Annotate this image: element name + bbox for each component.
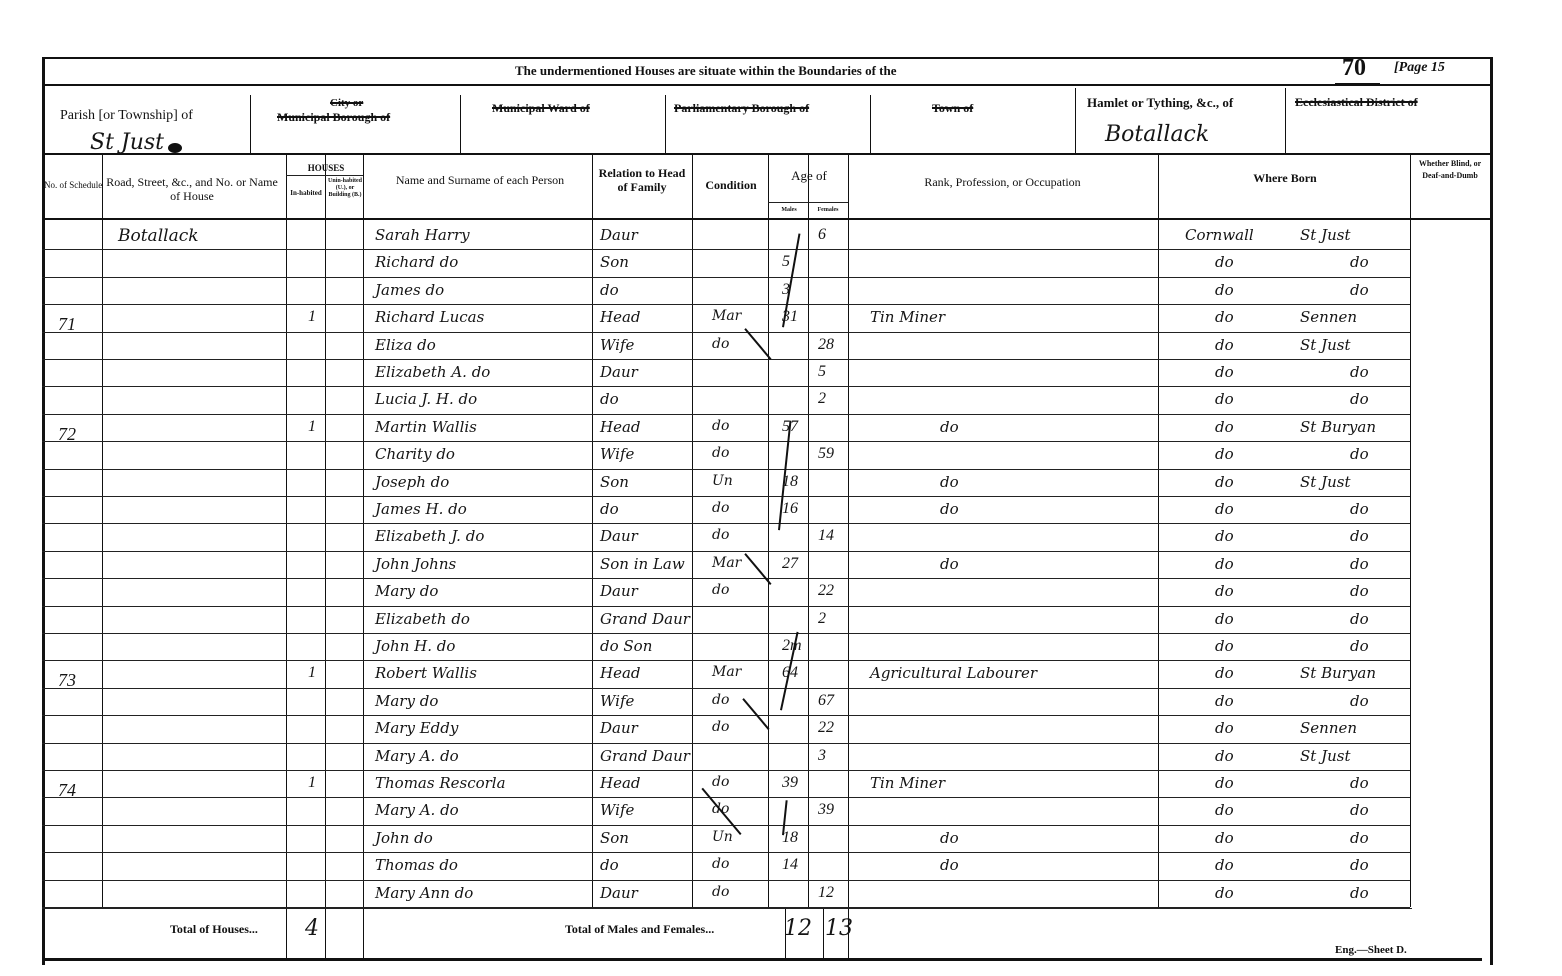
relation: Son [600, 253, 629, 271]
row-rule [42, 277, 1410, 278]
relation: Wife [600, 801, 634, 819]
condition: do [712, 774, 729, 790]
schedule-number: 72 [58, 424, 76, 445]
born-parish: St Buryan [1300, 664, 1376, 682]
relation: Head [600, 664, 641, 682]
row-rule [42, 606, 1410, 607]
relation: do [600, 390, 619, 408]
person-name: John H. do [375, 637, 455, 655]
born-county: do [1215, 363, 1234, 381]
col-age-of: Age of [770, 170, 848, 181]
col-name: Name and Surname of each Person [372, 173, 588, 187]
born-parish: do [1350, 500, 1369, 518]
column-rule [592, 155, 593, 907]
male-age: 16 [782, 500, 798, 518]
born-county: do [1215, 884, 1234, 902]
inhabited-count: 1 [308, 664, 316, 682]
relation: Daur [600, 363, 638, 381]
born-county: do [1215, 801, 1234, 819]
road-name: Botallack [118, 226, 199, 246]
relation: Daur [600, 719, 638, 737]
row-rule [42, 770, 1410, 771]
row-rule [42, 496, 1410, 497]
condition: do [712, 856, 729, 872]
female-age: 14 [818, 527, 834, 545]
female-age: 22 [818, 582, 834, 600]
row-rule [42, 414, 1410, 415]
person-name: Elizabeth A. do [375, 363, 490, 381]
relation: Grand Daur [600, 610, 690, 628]
row-rule [42, 688, 1410, 689]
relation: Daur [600, 226, 638, 244]
total-males-value: 12 [784, 916, 812, 941]
male-age: 27 [782, 555, 798, 573]
person-name: Eliza do [375, 336, 436, 354]
municipal-borough-label: Municipal Borough of [277, 110, 390, 125]
occupation: Tin Miner [870, 774, 945, 792]
schedule-number: 74 [58, 780, 76, 801]
col-occupation: Rank, Profession, or Occupation [850, 177, 1155, 188]
born-parish: do [1350, 390, 1369, 408]
male-age: 14 [782, 856, 798, 874]
inhabited-count: 1 [308, 308, 316, 326]
census-page: The undermentioned Houses are situate wi… [0, 0, 1562, 976]
row-rule [42, 660, 1410, 661]
born-county: do [1215, 719, 1234, 737]
condition: do [712, 500, 729, 516]
person-name: Elizabeth do [375, 610, 470, 628]
relation: do [600, 500, 619, 518]
condition: Un [712, 473, 733, 489]
hamlet-value: Botallack [1105, 122, 1209, 147]
born-parish: do [1350, 884, 1369, 902]
person-name: James do [375, 281, 444, 299]
column-rule [363, 907, 364, 958]
born-county: do [1215, 500, 1234, 518]
row-rule [42, 332, 1410, 333]
condition: Mar [712, 664, 741, 680]
person-name: Joseph do [375, 473, 449, 491]
occupation: do [940, 473, 959, 491]
born-parish: St Just [1300, 226, 1350, 244]
column-rule [286, 155, 287, 907]
person-name: Mary A. do [375, 747, 459, 765]
born-county: do [1215, 774, 1234, 792]
male-age: 39 [782, 774, 798, 792]
city-label: City or [330, 97, 363, 109]
person-name: Mary do [375, 692, 438, 710]
row-rule [42, 852, 1410, 853]
relation: Head [600, 774, 641, 792]
row-rule [286, 175, 363, 176]
row-rule [42, 797, 1410, 798]
column-rule [286, 907, 287, 958]
person-name: Lucia J. H. do [375, 390, 477, 408]
row-rule [42, 386, 1410, 387]
inhabited-count: 1 [308, 774, 316, 792]
born-county: do [1215, 637, 1234, 655]
person-name: Sarah Harry [375, 226, 470, 244]
col-condition: Condition [694, 180, 768, 191]
relation: Wife [600, 336, 634, 354]
relation: Daur [600, 884, 638, 902]
born-county: do [1215, 582, 1234, 600]
parliamentary-borough-label: Parliamentary Borough of [674, 101, 809, 116]
col-relation: Relation to Head of Family [596, 166, 688, 194]
born-county: do [1215, 390, 1234, 408]
person-name: Mary Ann do [375, 884, 473, 902]
born-parish: St Just [1300, 747, 1350, 765]
total-females-value: 13 [825, 916, 853, 941]
relation: Head [600, 418, 641, 436]
column-rule [325, 907, 326, 958]
column-rule [1410, 155, 1411, 907]
born-parish: do [1350, 363, 1369, 381]
rule [42, 153, 1490, 155]
occupation: Tin Miner [870, 308, 945, 326]
born-county: do [1215, 856, 1234, 874]
person-name: Mary do [375, 582, 438, 600]
parish-value: St Just [90, 130, 164, 155]
row-rule [42, 743, 1410, 744]
ecclesiastical-district-label: Ecclesiastical District of [1295, 95, 1418, 110]
born-county: do [1215, 692, 1234, 710]
born-county: do [1215, 418, 1234, 436]
col-schedule: No. of Schedule [44, 180, 100, 191]
born-county: do [1215, 473, 1234, 491]
born-parish: do [1350, 637, 1369, 655]
born-parish: do [1350, 801, 1369, 819]
born-county: do [1215, 555, 1234, 573]
person-name: Mary Eddy [375, 719, 458, 737]
row-rule [42, 249, 1410, 250]
person-name: John do [375, 829, 433, 847]
female-age: 39 [818, 801, 834, 819]
condition: Un [712, 829, 733, 845]
born-parish: do [1350, 829, 1369, 847]
row-rule [42, 441, 1410, 442]
condition: Mar [712, 555, 741, 571]
female-age: 6 [818, 226, 826, 244]
born-county: do [1215, 664, 1234, 682]
col-houses: HOUSES [288, 163, 364, 174]
relation: Wife [600, 445, 634, 463]
born-county: do [1215, 747, 1234, 765]
occupation: do [940, 555, 959, 573]
col-inhabited: In-habited [288, 189, 324, 197]
born-parish: St Buryan [1300, 418, 1376, 436]
female-age: 3 [818, 747, 826, 765]
female-age: 67 [818, 692, 834, 710]
born-parish: Sennen [1300, 308, 1357, 326]
relation: Head [600, 308, 641, 326]
relation: Daur [600, 527, 638, 545]
female-age: 5 [818, 363, 826, 381]
person-name: Thomas do [375, 856, 458, 874]
column-rule [692, 155, 693, 907]
schedule-number: 71 [58, 314, 76, 335]
relation: Daur [600, 582, 638, 600]
relation: do [600, 281, 619, 299]
row-rule [42, 633, 1410, 634]
person-name: Elizabeth J. do [375, 527, 484, 545]
female-age: 2 [818, 390, 826, 408]
condition: do [712, 418, 729, 434]
female-age: 2 [818, 610, 826, 628]
condition: do [712, 336, 729, 352]
born-parish: do [1350, 527, 1369, 545]
relation: Wife [600, 692, 634, 710]
born-county: do [1215, 253, 1234, 271]
born-parish: St Just [1300, 473, 1350, 491]
born-county: do [1215, 527, 1234, 545]
column-rule [808, 155, 809, 907]
condition: do [712, 692, 729, 708]
born-parish: do [1350, 281, 1369, 299]
born-parish: St Just [1300, 336, 1350, 354]
inhabited-count: 1 [308, 418, 316, 436]
born-county: do [1215, 829, 1234, 847]
row-rule [42, 908, 1412, 909]
female-age: 12 [818, 884, 834, 902]
row-rule [42, 578, 1410, 579]
column-rule [848, 155, 849, 907]
total-persons-label: Total of Males and Females... [565, 922, 714, 937]
born-parish: do [1350, 692, 1369, 710]
female-age: 22 [818, 719, 834, 737]
municipal-ward-label: Municipal Ward of [492, 101, 590, 116]
born-parish: do [1350, 582, 1369, 600]
form-frame-bottom [42, 958, 1482, 961]
born-county: do [1215, 281, 1234, 299]
row-rule [42, 715, 1410, 716]
condition: do [712, 445, 729, 461]
condition: do [712, 527, 729, 543]
occupation: Agricultural Labourer [870, 664, 1037, 682]
male-age: 18 [782, 829, 798, 847]
occupation: do [940, 856, 959, 874]
column-rule [1158, 155, 1159, 907]
column-rule [325, 155, 326, 907]
row-rule [42, 469, 1410, 470]
born-parish: Sennen [1300, 719, 1357, 737]
column-rule [102, 155, 103, 907]
person-name: Mary A. do [375, 801, 459, 819]
occupation: do [940, 500, 959, 518]
column-rule [363, 155, 364, 907]
row-rule [42, 523, 1410, 524]
condition: do [712, 884, 729, 900]
footer-label: Eng.—Sheet D. [1335, 944, 1407, 956]
born-parish: do [1350, 445, 1369, 463]
total-houses-value: 4 [305, 916, 319, 941]
born-parish: do [1350, 774, 1369, 792]
person-name: Charity do [375, 445, 455, 463]
male-age: 5 [782, 253, 790, 271]
occupation: do [940, 829, 959, 847]
row-rule [42, 825, 1410, 826]
person-name: Robert Wallis [375, 664, 477, 682]
row-rule [42, 880, 1410, 881]
female-age: 59 [818, 445, 834, 463]
col-males: Males [770, 206, 808, 214]
relation: Son [600, 473, 629, 491]
condition: Mar [712, 308, 741, 324]
born-parish: do [1350, 856, 1369, 874]
born-county: do [1215, 610, 1234, 628]
col-females: Females [809, 206, 847, 214]
person-name: James H. do [375, 500, 467, 518]
condition: do [712, 719, 729, 735]
col-where-born: Where Born [1160, 173, 1410, 184]
column-rule [823, 907, 824, 958]
row-rule [42, 304, 1410, 305]
born-county: do [1215, 336, 1234, 354]
column-rule [768, 155, 769, 907]
born-county: do [1215, 445, 1234, 463]
person-name: Richard Lucas [375, 308, 484, 326]
born-county: Cornwall [1185, 226, 1254, 244]
born-parish: do [1350, 253, 1369, 271]
born-parish: do [1350, 555, 1369, 573]
relation: do Son [600, 637, 652, 655]
female-age: 28 [818, 336, 834, 354]
condition: do [712, 582, 729, 598]
born-parish: do [1350, 610, 1369, 628]
person-name: Martin Wallis [375, 418, 477, 436]
occupation: do [940, 418, 959, 436]
row-rule [42, 551, 1410, 552]
parish-label: Parish [or Township] of [60, 108, 193, 124]
col-blind: Whether Blind, or Deaf-and-Dumb [1413, 158, 1487, 182]
schedule-number: 73 [58, 670, 76, 691]
total-houses-label: Total of Houses... [170, 922, 258, 937]
born-county: do [1215, 308, 1234, 326]
relation: Grand Daur [600, 747, 690, 765]
ink-blot [168, 143, 182, 153]
col-uninhabited: Unin-habited (U.), or Building (B.) [326, 178, 364, 199]
rule [42, 84, 1490, 86]
relation: Son in Law [600, 555, 685, 573]
row-rule [42, 359, 1410, 360]
relation: Son [600, 829, 629, 847]
rule [42, 218, 1490, 220]
person-name: John Johns [375, 555, 456, 573]
hamlet-label: Hamlet or Tything, &c., of [1087, 95, 1233, 111]
person-name: Richard do [375, 253, 458, 271]
town-label: Town of [932, 101, 973, 116]
col-road: Road, Street, &c., and No. or Name of Ho… [106, 175, 278, 203]
relation: do [600, 856, 619, 874]
person-name: Thomas Rescorla [375, 774, 506, 792]
